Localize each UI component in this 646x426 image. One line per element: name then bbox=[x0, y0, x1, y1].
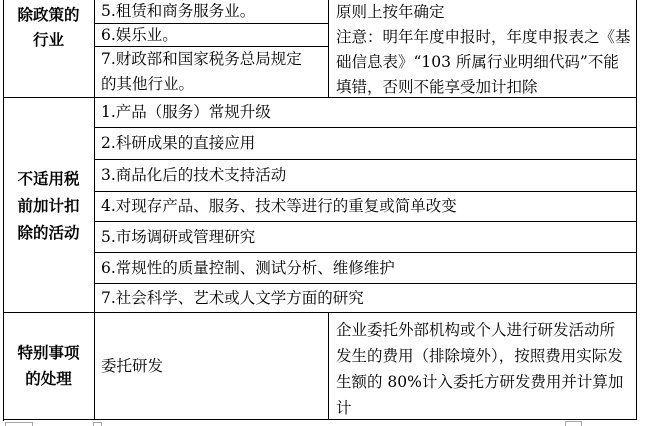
clipped-next-row-fragment bbox=[565, 421, 582, 426]
section2-item-7: 7.社会科学、艺术或人文学方面的研究 bbox=[95, 284, 637, 313]
section1-row-label: 除政策的 行业 bbox=[3, 0, 95, 98]
section3-item-entrusted-rd: 委托研发 bbox=[95, 313, 329, 420]
section1-item-5: 5.租赁和商务服务业。 bbox=[95, 0, 329, 24]
section2-row-label: 不适用税 前加计扣 除的活动 bbox=[3, 98, 95, 313]
section2-item-3: 3.商品化后的技术支持活动 bbox=[95, 160, 637, 192]
section2-item-4: 4.对现存产品、服务、技术等进行的重复或简单改变 bbox=[95, 192, 637, 222]
section2-item-1: 1.产品（服务）常规升级 bbox=[95, 98, 637, 128]
section2-item-6: 6.常规性的质量控制、测试分析、维修维护 bbox=[95, 253, 637, 284]
section2-item-2: 2.科研成果的直接应用 bbox=[95, 128, 637, 160]
section1-item-7: 7.财政部和国家税务总局规定 的其他行业。 bbox=[95, 47, 329, 98]
section1-item-6: 6.娱乐业。 bbox=[95, 24, 329, 47]
document-page: 除政策的 行业 5.租赁和商务服务业。 6.娱乐业。 7.财政部和国家税务总局规… bbox=[0, 0, 646, 426]
section1-note-cell: 原则上按年确定 注意：明年年度申报时，年度申报表之《基 础信息表》“103 所属… bbox=[329, 0, 637, 98]
section3-note-cell: 企业委托外部机构或个人进行研发活动所 发生的费用（排除境外），按照费用实际发 生… bbox=[329, 313, 637, 420]
section3-row-label: 特别事项 的处理 bbox=[3, 313, 95, 420]
clipped-next-row-fragment bbox=[93, 422, 102, 426]
clipped-next-row-fragment bbox=[5, 422, 33, 426]
section2-item-5: 5.市场调研或管理研究 bbox=[95, 222, 637, 253]
